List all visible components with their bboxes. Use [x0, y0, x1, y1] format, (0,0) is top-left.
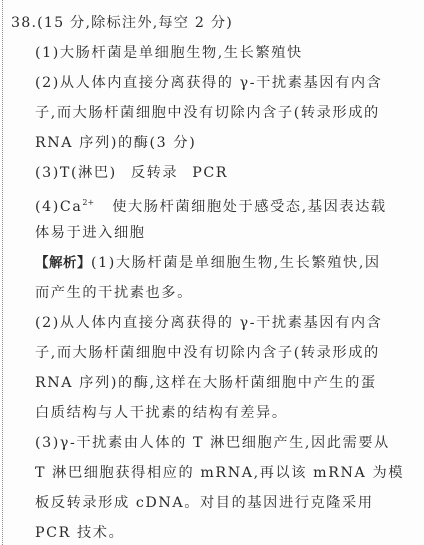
analysis-line-9: 板反转录形成 cDNA。对目的基因进行克隆采用: [35, 494, 374, 512]
analysis-line-3: (2)从人体内直接分离获得的 γ-干扰素基因有内含: [35, 314, 382, 332]
answer-3-blank-2: 反转录: [131, 165, 178, 181]
answer-2-line-1: (2)从人体内直接分离获得的 γ-干扰素基因有内含: [35, 74, 382, 92]
analysis-line-5: RNA 序列)的酶,这样在大肠杆菌细胞中产生的蛋: [35, 374, 377, 392]
question-header: 38.(15 分,除标注外,每空 2 分): [11, 14, 233, 32]
answer-4-line-2: 体易于进入细胞: [35, 224, 146, 242]
answer-3-blank-1: (3)T(淋巴): [35, 165, 117, 181]
answer-4-blank-2: 使大肠杆菌细胞处于感受态,基因表达载: [112, 199, 387, 215]
analysis-line-7: (3)γ-干扰素由人体的 T 淋巴细胞产生,因此需要从: [35, 434, 390, 452]
analysis-line-4: 子,而大肠杆菌细胞中没有切除内含子(转录形成的: [35, 344, 380, 362]
answer-2-line-2: 子,而大肠杆菌细胞中没有切除内含子(转录形成的: [35, 104, 380, 122]
answer-2-line-3: RNA 序列)的酶(3 分): [35, 134, 196, 152]
answer-document: 38.(15 分,除标注外,每空 2 分) (1)大肠杆菌是单细胞生物,生长繁殖…: [0, 0, 424, 545]
answer-3: (3)T(淋巴)反转录PCR: [35, 164, 228, 182]
ion-charge-superscript: 2+: [82, 198, 94, 207]
answer-3-blank-3: PCR: [192, 165, 228, 181]
analysis-line-2: 而产生的干扰素也多。: [35, 284, 193, 302]
answer-1: (1)大肠杆菌是单细胞生物,生长繁殖快: [35, 44, 303, 62]
analysis-line-1: 【解析】(1)大肠杆菌是单细胞生物,生长繁殖快,因: [35, 254, 381, 272]
analysis-line-6: 白质结构与人干扰素的结构有差异。: [35, 404, 288, 422]
analysis-line-10: PCR 技术。: [35, 524, 124, 542]
analysis-label: 【解析】: [35, 255, 91, 271]
answer-4-line-1: (4)Ca2+使大肠杆菌细胞处于感受态,基因表达载: [35, 194, 387, 216]
answer-4-blank-1: (4)Ca: [35, 199, 82, 215]
analysis-line-8: T 淋巴细胞获得相应的 mRNA,再以该 mRNA 为模: [35, 464, 404, 482]
